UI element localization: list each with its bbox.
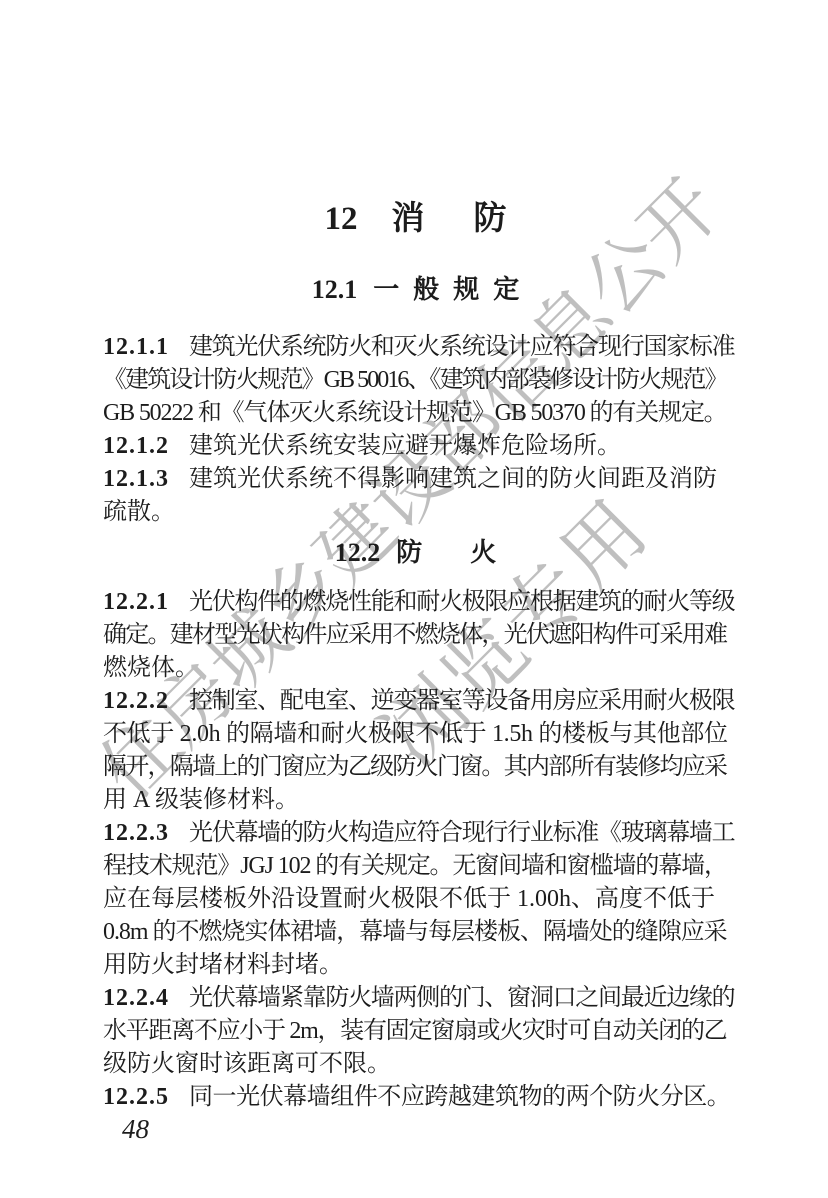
clause-line: 隔开，隔墙上的门窗应为乙级防火门窗。其内部所有装修均应采	[103, 751, 728, 784]
document-page: 住房城乡建设部信息公开 浏览专用 12消 防 12.1一般规定 12.1.1建筑…	[0, 0, 828, 1198]
clause-line: 12.2.2控制室、配电室、逆变器室等设备用房应采用耐火极限	[103, 685, 728, 718]
clause-12-2-3: 12.2.3光伏幕墙的防火构造应符合现行行业标准《玻璃幕墙工 程技术规范》JGJ…	[103, 817, 728, 982]
clause-text: 同一光伏幕墙组件不应跨越建筑物的两个防火分区。	[189, 1084, 730, 1110]
section-number: 12.1	[312, 275, 358, 304]
clause-text: 光伏幕墙的防火构造应符合现行行业标准《玻璃幕墙工	[189, 820, 734, 846]
clause-12-1-1: 12.1.1建筑光伏系统防火和灭火系统设计应符合现行国家标准 《建筑设计防火规范…	[103, 331, 728, 430]
clause-number: 12.2.5	[103, 1084, 169, 1110]
clause-text: 光伏幕墙紧靠防火墙两侧的门、窗洞口之间最近边缘的	[189, 985, 734, 1011]
clause-12-2-2: 12.2.2控制室、配电室、逆变器室等设备用房应采用耐火极限 不低于 2.0h …	[103, 685, 728, 817]
clause-line: 水平距离不应小于 2m，装有固定窗扇或火灾时可自动关闭的乙	[103, 1015, 728, 1048]
clause-line: 疏散。	[103, 496, 728, 529]
clause-line: 12.2.1光伏构件的燃烧性能和耐火极限应根据建筑的耐火等级	[103, 586, 728, 619]
clause-line: 级防火窗时该距离可不限。	[103, 1048, 728, 1081]
clause-line: 程技术规范》JGJ 102 的有关规定。无窗间墙和窗槛墙的幕墙，	[103, 850, 728, 883]
clause-line: 用 A 级装修材料。	[103, 784, 728, 817]
section-heading-12-2: 12.2防火	[103, 538, 728, 568]
clause-line: 用防火封堵材料封堵。	[103, 949, 728, 982]
clause-12-1-2: 12.1.2建筑光伏系统安装应避开爆炸危险场所。	[103, 430, 728, 463]
clause-text: 光伏构件的燃烧性能和耐火极限应根据建筑的耐火等级	[189, 589, 734, 615]
section-heading-12-1: 12.1一般规定	[103, 275, 728, 305]
clause-line: 不低于 2.0h 的隔墙和耐火极限不低于 1.5h 的楼板与其他部位	[103, 718, 728, 751]
chapter-number: 12	[325, 201, 358, 237]
clause-12-1-3: 12.1.3建筑光伏系统不得影响建筑之间的防火间距及消防 疏散。	[103, 463, 728, 529]
clause-line: 12.1.2建筑光伏系统安装应避开爆炸危险场所。	[103, 430, 728, 463]
chapter-heading: 12消 防	[103, 201, 728, 237]
clause-number: 12.2.1	[103, 589, 169, 615]
page-number: 48	[122, 1112, 149, 1146]
clause-line: 12.2.5同一光伏幕墙组件不应跨越建筑物的两个防火分区。	[103, 1081, 728, 1114]
section-title: 一般规定	[373, 275, 533, 304]
clause-12-2-1: 12.2.1光伏构件的燃烧性能和耐火极限应根据建筑的耐火等级 确定。建材型光伏构…	[103, 586, 728, 685]
clause-number: 12.1.1	[103, 334, 169, 360]
clause-line: 0.8m 的不燃烧实体裙墙，幕墙与每层楼板、隔墙处的缝隙应采	[103, 916, 728, 949]
clause-number: 12.1.2	[103, 433, 169, 459]
clause-line: 燃烧体。	[103, 652, 728, 685]
clause-text: 建筑光伏系统防火和灭火系统设计应符合现行国家标准	[189, 334, 734, 360]
clause-12-2-4: 12.2.4光伏幕墙紧靠防火墙两侧的门、窗洞口之间最近边缘的 水平距离不应小于 …	[103, 982, 728, 1081]
clause-line: GB 50222 和《气体灭火系统设计规范》GB 50370 的有关规定。	[103, 397, 728, 430]
page-content: 12消 防 12.1一般规定 12.1.1建筑光伏系统防火和灭火系统设计应符合现…	[0, 0, 828, 1114]
clause-number: 12.2.4	[103, 985, 169, 1011]
clause-line: 《建筑设计防火规范》GB 50016、《建筑内部装修设计防火规范》	[103, 364, 728, 397]
clause-text: 建筑光伏系统安装应避开爆炸危险场所。	[189, 433, 621, 459]
section-title: 防火	[396, 538, 544, 567]
chapter-title: 消 防	[392, 201, 515, 237]
clause-line: 12.1.1建筑光伏系统防火和灭火系统设计应符合现行国家标准	[103, 331, 728, 364]
clause-12-2-5: 12.2.5同一光伏幕墙组件不应跨越建筑物的两个防火分区。	[103, 1081, 728, 1114]
clause-line: 应在每层楼板外沿设置耐火极限不低于 1.00h、高度不低于	[103, 883, 728, 916]
clause-number: 12.2.2	[103, 688, 169, 714]
clause-text: 控制室、配电室、逆变器室等设备用房应采用耐火极限	[189, 688, 734, 714]
clause-number: 12.2.3	[103, 820, 169, 846]
clause-number: 12.1.3	[103, 466, 169, 492]
clause-line: 12.2.4光伏幕墙紧靠防火墙两侧的门、窗洞口之间最近边缘的	[103, 982, 728, 1015]
clause-line: 确定。建材型光伏构件应采用不燃烧体，光伏遮阳构件可采用难	[103, 619, 728, 652]
section-number: 12.2	[335, 538, 381, 567]
clause-line: 12.1.3建筑光伏系统不得影响建筑之间的防火间距及消防	[103, 463, 728, 496]
clause-line: 12.2.3光伏幕墙的防火构造应符合现行行业标准《玻璃幕墙工	[103, 817, 728, 850]
clause-text: 建筑光伏系统不得影响建筑之间的防火间距及消防	[189, 466, 717, 492]
